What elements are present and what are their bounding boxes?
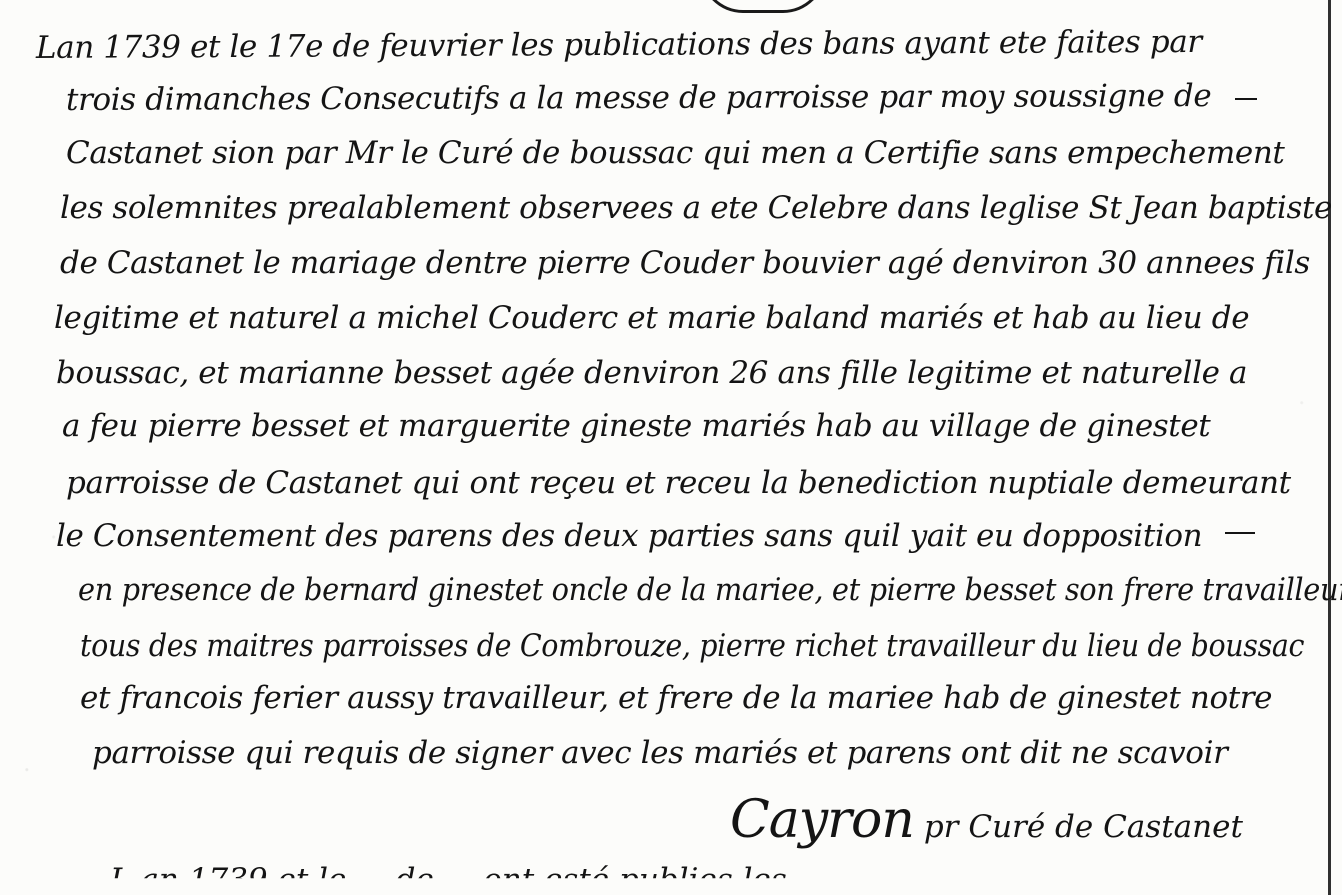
next-entry-fragment: L an 1739 et le ... de ... ont esté publ… (110, 862, 826, 895)
document-page: Lan 1739 et le 17e de feuvrier les publi… (0, 0, 1342, 895)
text-line-8: a feu pierre besset et marguerite ginest… (62, 408, 1210, 444)
line-end-dash (1235, 98, 1257, 100)
text-line-10: le Consentement des parens des deux part… (56, 518, 1202, 554)
text-line-2: trois dimanches Consecutifs a la messe d… (66, 78, 1211, 118)
signature-title: pr Curé de Castanet (924, 809, 1243, 845)
text-line-7: boussac, et marianne besset agée denviro… (56, 355, 1247, 391)
text-line-5: de Castanet le mariage dentre pierre Cou… (60, 245, 1310, 281)
text-line-12: tous des maitres parroisses de Combrouze… (80, 628, 1304, 664)
text-line-6: legitime et naturel a michel Couderc et … (54, 300, 1249, 336)
margin-rule (1328, 0, 1331, 895)
text-line-3: Castanet sion par Mr le Curé de boussac … (66, 135, 1284, 171)
top-flourish-ornament (700, 0, 826, 13)
text-line-9: parroisse de Castanet qui ont reçeu et r… (66, 465, 1291, 501)
text-line-1: Lan 1739 et le 17e de feuvrier les publi… (36, 24, 1202, 66)
text-line-14: parroisse qui requis de signer avec les … (92, 735, 1228, 771)
text-line-11: en presence de bernard ginestet oncle de… (78, 572, 1342, 608)
line-end-dash (1225, 532, 1255, 534)
priest-signature: Cayronpr Curé de Castanet (730, 790, 1243, 850)
text-line-4: les solemnites prealablement observees a… (60, 190, 1332, 226)
text-line-13: et francois ferier aussy travailleur, et… (80, 680, 1272, 716)
signature-name: Cayron (730, 790, 914, 850)
